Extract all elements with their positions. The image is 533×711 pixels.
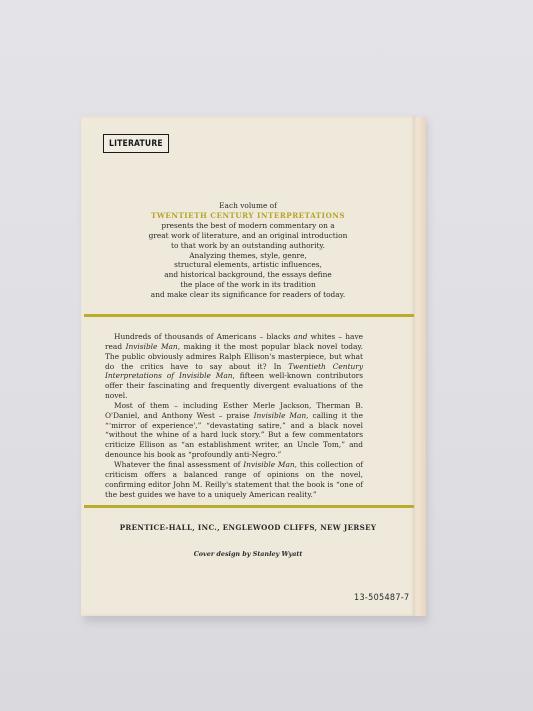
blurb-line: and make clear its significance for read… [81, 290, 415, 300]
blurb-line: to that work by an outstanding authority… [81, 241, 415, 251]
blurb-line: structural elements, artistic influences… [81, 260, 415, 270]
book-back-cover: LITERATURE Each volume of TWENTIETH CENT… [81, 116, 415, 616]
blurb-line: presents the best of modern commentary o… [81, 221, 415, 231]
blurb-line: and historical background, the essays de… [81, 270, 415, 280]
title-italic: Invisible Man [243, 460, 294, 469]
blurb-line: the place of the work in its tradition [81, 280, 415, 290]
divider-rule-top [84, 314, 414, 317]
blurb-line: great work of literature, and an origina… [81, 231, 415, 241]
description-paragraph: Hundreds of thousands of Americans – bla… [105, 332, 363, 401]
title-italic: Invisible Man [254, 411, 307, 420]
text-run: Hundreds of thousands of Americans – bla… [114, 332, 294, 341]
cover-design-credit: Cover design by Stanley Wyatt [81, 550, 415, 558]
description-paragraph: Whatever the final assessment of Invisib… [105, 460, 363, 499]
publisher-line: PRENTICE-HALL, INC., ENGLEWOOD CLIFFS, N… [81, 523, 415, 532]
series-blurb: Each volume of TWENTIETH CENTURY INTERPR… [81, 201, 415, 300]
divider-rule-bottom [84, 505, 414, 508]
title-italic: Invisible Man [126, 342, 178, 351]
category-label: LITERATURE [103, 134, 169, 153]
book-description: Hundreds of thousands of Americans – bla… [105, 332, 363, 499]
blurb-intro: Each volume of [81, 201, 415, 211]
series-title: TWENTIETH CENTURY INTERPRETATIONS [81, 211, 415, 221]
title-italic: and [294, 332, 308, 341]
isbn-number: 13-505487-7 [354, 593, 410, 603]
text-run: Whatever the final assessment of [114, 460, 243, 469]
description-paragraph: Most of them – including Esther Merle Ja… [105, 401, 363, 460]
blurb-line: Analyzing themes, style, genre, [81, 251, 415, 261]
